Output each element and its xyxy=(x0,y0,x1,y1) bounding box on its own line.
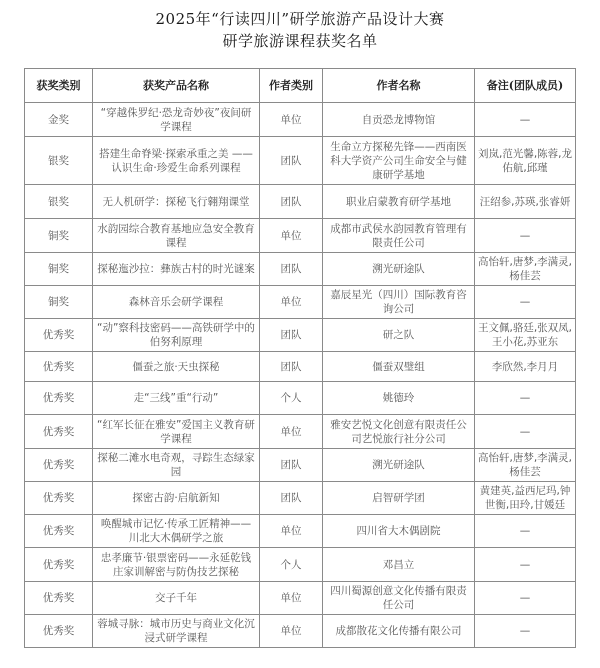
table-row: 优秀奖“红军长征在雅安”爱国主义教育研学课程单位雅安艺悦文化创意有限责任公司艺悦… xyxy=(25,415,576,449)
table-row: 银奖无人机研学：探秘飞行翱翔课堂团队职业启蒙教育研学基地汪绍参,苏瑛,张睿妍 xyxy=(25,185,576,219)
product-name-cell: 探秘二滩水电奇观，寻踪生态绿家园 xyxy=(93,449,260,482)
award-category-cell: 银奖 xyxy=(25,137,93,185)
product-name-cell: 忠孝廉节·银票密码——永延乾钱庄家训解密与防伪技艺探秘 xyxy=(93,548,260,582)
author-type-cell: 团队 xyxy=(260,253,323,286)
author-name-cell: 溯光研途队 xyxy=(323,253,475,286)
title-line-1: 2025年“行读四川”研学旅游产品设计大赛 xyxy=(0,8,600,30)
note-cell: — xyxy=(475,286,576,319)
product-name-cell: “穿越侏罗纪·恐龙奇妙夜”夜间研学课程 xyxy=(93,103,260,137)
product-name-cell: 无人机研学：探秘飞行翱翔课堂 xyxy=(93,185,260,219)
author-type-cell: 单位 xyxy=(260,515,323,548)
award-category-cell: 优秀奖 xyxy=(25,615,93,648)
note-cell: 王文佩,骆廷,张双凤,王小花,苏亚东 xyxy=(475,319,576,352)
author-type-cell: 单位 xyxy=(260,219,323,253)
author-name-cell: 研之队 xyxy=(323,319,475,352)
product-name-cell: 水韵园综合教育基地应急安全教育课程 xyxy=(93,219,260,253)
award-category-cell: 优秀奖 xyxy=(25,415,93,449)
author-name-cell: 嘉辰星光（四川）国际教育咨询公司 xyxy=(323,286,475,319)
product-name-cell: 探秘迤沙拉：彝族古村的时光谜案 xyxy=(93,253,260,286)
note-cell: — xyxy=(475,219,576,253)
author-type-cell: 单位 xyxy=(260,286,323,319)
author-type-cell: 团队 xyxy=(260,482,323,515)
award-category-cell: 铜奖 xyxy=(25,219,93,253)
note-cell: — xyxy=(475,582,576,615)
award-category-cell: 优秀奖 xyxy=(25,352,93,382)
author-name-cell: 雅安艺悦文化创意有限责任公司艺悦旅行社分公司 xyxy=(323,415,475,449)
note-cell: — xyxy=(475,515,576,548)
award-category-cell: 铜奖 xyxy=(25,286,93,319)
table-row: 优秀奖探密古韵·启航新知团队启智研学团黄建英,益西尼玛,钟世衡,田玲,甘媛廷 xyxy=(25,482,576,515)
table-row: 优秀奖走“三线”重“行动”个人姚德玲— xyxy=(25,382,576,415)
note-cell: 高怡轩,唐梦,李满灵,杨佳芸 xyxy=(475,449,576,482)
table-row: 金奖“穿越侏罗纪·恐龙奇妙夜”夜间研学课程单位自贡恐龙博物馆— xyxy=(25,103,576,137)
award-category-cell: 优秀奖 xyxy=(25,548,93,582)
award-list-table: 获奖类别 获奖产品名称 作者类别 作者名称 备注(团队成员) 金奖“穿越侏罗纪·… xyxy=(24,68,576,648)
author-type-cell: 单位 xyxy=(260,615,323,648)
header-award-category: 获奖类别 xyxy=(25,69,93,103)
author-type-cell: 团队 xyxy=(260,449,323,482)
product-name-cell: 走“三线”重“行动” xyxy=(93,382,260,415)
author-name-cell: 成都市武侯水韵园教育管理有限责任公司 xyxy=(323,219,475,253)
author-name-cell: 姚德玲 xyxy=(323,382,475,415)
author-name-cell: 溯光研途队 xyxy=(323,449,475,482)
header-author-name: 作者名称 xyxy=(323,69,475,103)
table-row: 优秀奖“动”察科技密码——高铁研学中的伯努利原理团队研之队王文佩,骆廷,张双凤,… xyxy=(25,319,576,352)
award-category-cell: 优秀奖 xyxy=(25,319,93,352)
author-name-cell: 生命立方探秘先锋——西南医科大学资产公司生命安全与健康研学基地 xyxy=(323,137,475,185)
award-category-cell: 金奖 xyxy=(25,103,93,137)
product-name-cell: 探密古韵·启航新知 xyxy=(93,482,260,515)
award-category-cell: 优秀奖 xyxy=(25,515,93,548)
table-row: 铜奖森林音乐会研学课程单位嘉辰星光（四川）国际教育咨询公司— xyxy=(25,286,576,319)
author-type-cell: 团队 xyxy=(260,352,323,382)
product-name-cell: “红军长征在雅安”爱国主义教育研学课程 xyxy=(93,415,260,449)
note-cell: 李欣然,李月月 xyxy=(475,352,576,382)
table-row: 铜奖水韵园综合教育基地应急安全教育课程单位成都市武侯水韵园教育管理有限责任公司— xyxy=(25,219,576,253)
product-name-cell: 森林音乐会研学课程 xyxy=(93,286,260,319)
table-row: 优秀奖唤醒城市记忆·传承工匠精神——川北大木偶研学之旅单位四川省大木偶剧院— xyxy=(25,515,576,548)
award-category-cell: 铜奖 xyxy=(25,253,93,286)
author-type-cell: 单位 xyxy=(260,582,323,615)
title-line-2: 研学旅游课程获奖名单 xyxy=(0,30,600,52)
author-type-cell: 个人 xyxy=(260,548,323,582)
product-name-cell: 交子千年 xyxy=(93,582,260,615)
product-name-cell: 唤醒城市记忆·传承工匠精神——川北大木偶研学之旅 xyxy=(93,515,260,548)
author-type-cell: 团队 xyxy=(260,185,323,219)
author-name-cell: 四川省大木偶剧院 xyxy=(323,515,475,548)
table-row: 优秀奖蓉城寻脉：城市历史与商业文化沉浸式研学课程单位成都散花文化传播有限公司— xyxy=(25,615,576,648)
note-cell: 黄建英,益西尼玛,钟世衡,田玲,甘媛廷 xyxy=(475,482,576,515)
author-name-cell: 四川蜀源创意文化传播有限责任公司 xyxy=(323,582,475,615)
note-cell: — xyxy=(475,382,576,415)
award-category-cell: 优秀奖 xyxy=(25,449,93,482)
award-category-cell: 银奖 xyxy=(25,185,93,219)
table-row: 优秀奖僵蚕之旅·天虫探秘团队僵蚕双璧组李欣然,李月月 xyxy=(25,352,576,382)
author-name-cell: 邓昌立 xyxy=(323,548,475,582)
table-row: 优秀奖交子千年单位四川蜀源创意文化传播有限责任公司— xyxy=(25,582,576,615)
product-name-cell: 蓉城寻脉：城市历史与商业文化沉浸式研学课程 xyxy=(93,615,260,648)
table-row: 银奖搭建生命脊梁·探索承重之美 ——认识生命·珍爱生命系列课程团队生命立方探秘先… xyxy=(25,137,576,185)
product-name-cell: 僵蚕之旅·天虫探秘 xyxy=(93,352,260,382)
product-name-cell: 搭建生命脊梁·探索承重之美 ——认识生命·珍爱生命系列课程 xyxy=(93,137,260,185)
document-title: 2025年“行读四川”研学旅游产品设计大赛 研学旅游课程获奖名单 xyxy=(0,8,600,52)
header-product-name: 获奖产品名称 xyxy=(93,69,260,103)
award-category-cell: 优秀奖 xyxy=(25,382,93,415)
note-cell: 刘岚,范光馨,陈蓉,龙佑航,邱瑾 xyxy=(475,137,576,185)
author-name-cell: 自贡恐龙博物馆 xyxy=(323,103,475,137)
note-cell: — xyxy=(475,415,576,449)
note-cell: — xyxy=(475,548,576,582)
note-cell: — xyxy=(475,615,576,648)
header-author-type: 作者类别 xyxy=(260,69,323,103)
note-cell: 高怡轩,唐梦,李满灵,杨佳芸 xyxy=(475,253,576,286)
table-body: 金奖“穿越侏罗纪·恐龙奇妙夜”夜间研学课程单位自贡恐龙博物馆—银奖搭建生命脊梁·… xyxy=(25,103,576,648)
award-category-cell: 优秀奖 xyxy=(25,482,93,515)
table-row: 优秀奖忠孝廉节·银票密码——永延乾钱庄家训解密与防伪技艺探秘个人邓昌立— xyxy=(25,548,576,582)
author-name-cell: 职业启蒙教育研学基地 xyxy=(323,185,475,219)
author-name-cell: 僵蚕双璧组 xyxy=(323,352,475,382)
author-type-cell: 单位 xyxy=(260,415,323,449)
author-type-cell: 团队 xyxy=(260,319,323,352)
table-row: 优秀奖探秘二滩水电奇观，寻踪生态绿家园团队溯光研途队高怡轩,唐梦,李满灵,杨佳芸 xyxy=(25,449,576,482)
table-row: 铜奖探秘迤沙拉：彝族古村的时光谜案团队溯光研途队高怡轩,唐梦,李满灵,杨佳芸 xyxy=(25,253,576,286)
header-note-team-members: 备注(团队成员) xyxy=(475,69,576,103)
author-type-cell: 个人 xyxy=(260,382,323,415)
author-type-cell: 团队 xyxy=(260,137,323,185)
author-name-cell: 成都散花文化传播有限公司 xyxy=(323,615,475,648)
table-header-row: 获奖类别 获奖产品名称 作者类别 作者名称 备注(团队成员) xyxy=(25,69,576,103)
author-type-cell: 单位 xyxy=(260,103,323,137)
note-cell: 汪绍参,苏瑛,张睿妍 xyxy=(475,185,576,219)
award-category-cell: 优秀奖 xyxy=(25,582,93,615)
product-name-cell: “动”察科技密码——高铁研学中的伯努利原理 xyxy=(93,319,260,352)
note-cell: — xyxy=(475,103,576,137)
author-name-cell: 启智研学团 xyxy=(323,482,475,515)
